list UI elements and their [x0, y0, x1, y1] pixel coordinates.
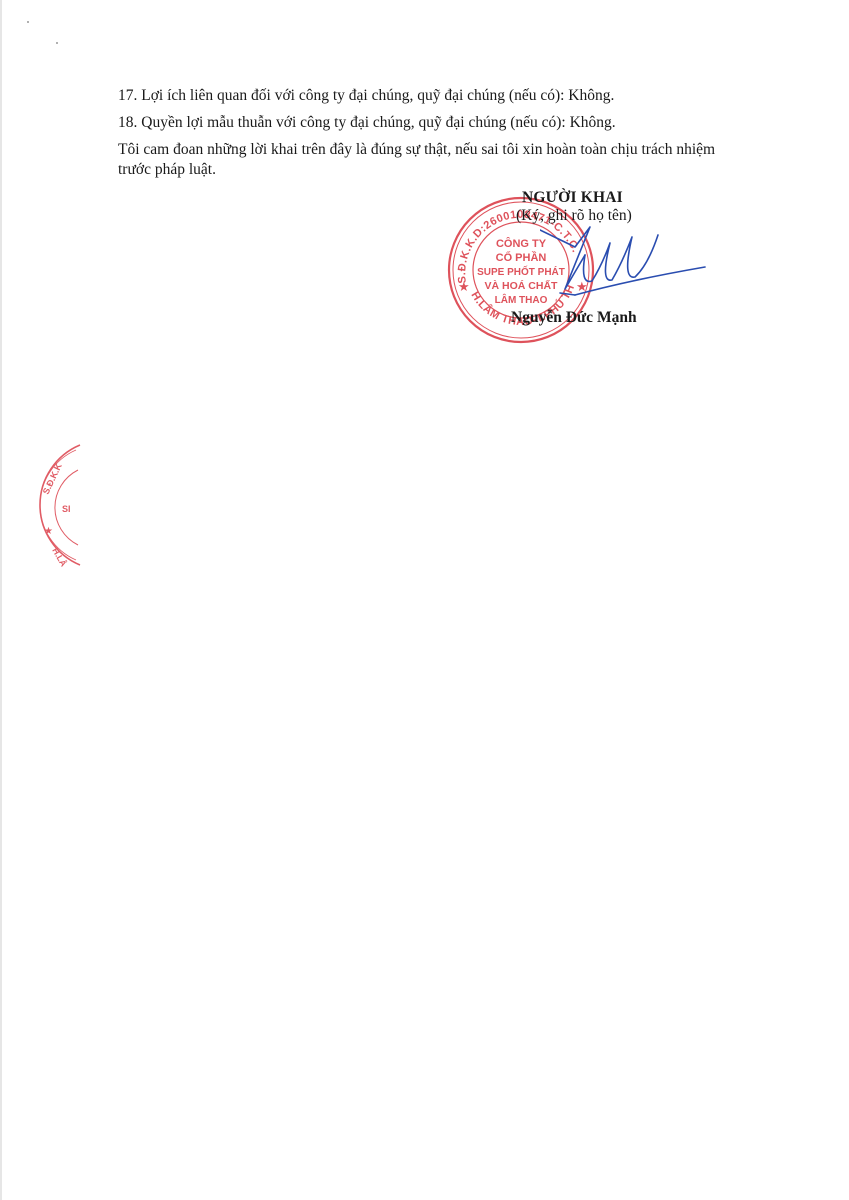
item-18: 18. Quyền lợi mẫu thuẫn với công ty đại … [118, 113, 616, 133]
signer-subtitle: (Ký, ghi rõ họ tên) [516, 207, 632, 225]
signer-title: NGƯỜI KHAI [522, 189, 623, 207]
page-edge [0, 0, 2, 1200]
item-17: 17. Lợi ích liên quan đối với công ty đạ… [118, 86, 614, 106]
document-page: 17. Lợi ích liên quan đối với công ty đạ… [0, 0, 849, 1200]
partial-stamp-inner-text: SI [62, 504, 71, 514]
scan-speck [56, 42, 58, 44]
star-icon: ★ [44, 526, 53, 537]
declaration-line-1: Tôi cam đoan những lời khai trên đây là … [118, 140, 715, 160]
handwritten-signature [540, 225, 710, 315]
declaration-line-2: trước pháp luật. [118, 160, 216, 180]
partial-stamp: S.Đ.K.K ★ H.LÂ SI [0, 440, 90, 570]
scan-speck [27, 21, 29, 23]
star-icon: ★ [458, 280, 470, 295]
partial-stamp-ring-text: S.Đ.K.K [41, 461, 64, 496]
stamp-line-2: CỔ PHẦN [496, 251, 547, 264]
